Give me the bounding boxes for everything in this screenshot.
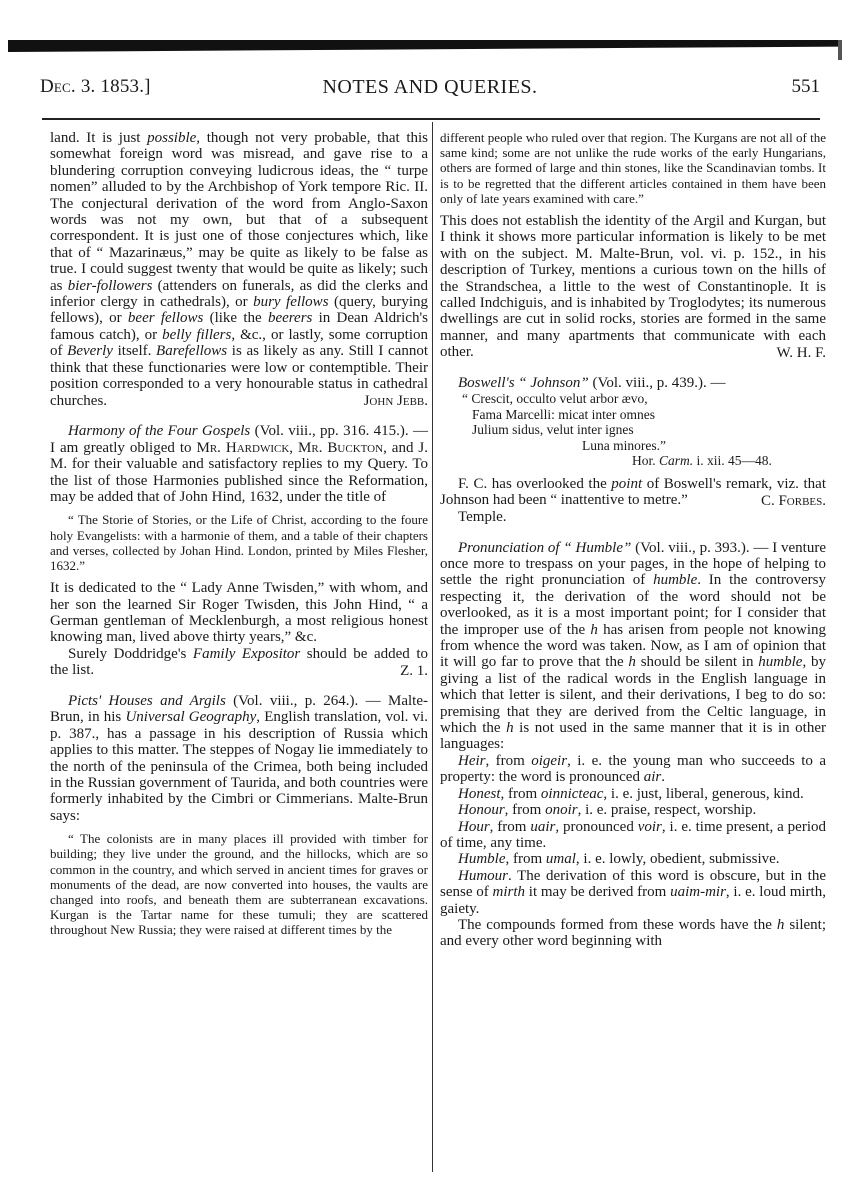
text: , pronounced bbox=[555, 819, 637, 835]
column-divider bbox=[432, 122, 433, 1172]
text: , from bbox=[486, 753, 532, 769]
signature-whf: W. H. F. bbox=[440, 345, 826, 361]
text: , from bbox=[506, 851, 546, 867]
text: , bbox=[289, 440, 298, 456]
text: itself. bbox=[113, 343, 156, 359]
etymology-entry: Heir, from oigeir, i. e. the young man w… bbox=[440, 753, 826, 786]
italic-term: beerers bbox=[268, 310, 312, 326]
italic-term: voir bbox=[638, 819, 662, 835]
italic-term: Beverly bbox=[67, 343, 113, 359]
celtic-root: uair bbox=[530, 819, 555, 835]
scan-top-edge-bar bbox=[8, 40, 840, 52]
verse-line: Luna minores.” bbox=[582, 438, 826, 454]
etymology-entry: Hour, from uair, pronounced voir, i. e. … bbox=[440, 819, 826, 852]
page-number: 551 bbox=[792, 76, 821, 98]
article-title: Boswell's bbox=[458, 375, 515, 391]
celtic-root: umal bbox=[546, 851, 576, 867]
text: The compounds formed from these words ha… bbox=[458, 917, 777, 933]
italic-term: point bbox=[611, 476, 642, 492]
italic-term: humble bbox=[653, 572, 697, 588]
verse-citation: Hor. Carm. i. xii. 45—48. bbox=[632, 453, 826, 469]
scan-edge-mark bbox=[838, 40, 842, 60]
text: , i. e. praise, respect, worship. bbox=[578, 802, 757, 818]
italic-term: Barefellows bbox=[156, 343, 227, 359]
celtic-root: oigeir bbox=[531, 753, 567, 769]
text: , i. e. lowly, obedient, submissive. bbox=[576, 851, 780, 867]
headword: Hour bbox=[458, 819, 490, 835]
picts-conclusion-paragraph: This does not establish the identity of … bbox=[440, 213, 826, 361]
signature-z1: Z. 1. bbox=[50, 663, 428, 679]
text: (like the bbox=[203, 310, 268, 326]
article-title: “ Johnson” bbox=[515, 375, 589, 391]
text: it may be derived from bbox=[525, 884, 670, 900]
text: should be silent in bbox=[636, 654, 758, 670]
picts-article-paragraph: Picts' Houses and Argils (Vol. viii., p.… bbox=[50, 693, 428, 824]
page-header: Dec. 3. 1853.] NOTES AND QUERIES. 551 bbox=[40, 76, 820, 100]
headword: Heir bbox=[458, 753, 486, 769]
italic-term: Carm. bbox=[659, 453, 693, 468]
article-title: Harmony of the Four Gospels bbox=[68, 423, 250, 439]
italic-term: h bbox=[590, 622, 598, 638]
article-title: Pronunciation of bbox=[458, 540, 560, 556]
horace-verse: “ Crescit, occulto velut arbor ævo, Fama… bbox=[462, 391, 826, 469]
headword: Humble bbox=[458, 851, 506, 867]
headword: Honest bbox=[458, 786, 501, 802]
person-name: Mr. Hardwick bbox=[197, 440, 290, 456]
italic-term: bier-followers bbox=[68, 278, 153, 294]
italic-term: possible bbox=[147, 130, 196, 146]
header-rule bbox=[42, 118, 820, 120]
headword: Honour bbox=[458, 802, 505, 818]
etymology-entry: Honest, from oinnicteac, i. e. just, lib… bbox=[440, 786, 826, 802]
article-title: Picts' Houses and Argils bbox=[68, 693, 226, 709]
text: Surely Doddridge's bbox=[68, 646, 193, 662]
verse-line: Julium sidus, velut inter ignes bbox=[472, 422, 826, 438]
italic-term: Family Expositor bbox=[193, 646, 300, 662]
etymology-entry: Honour, from onoir, i. e. praise, respec… bbox=[440, 802, 826, 818]
celtic-root: uaim-mir bbox=[670, 884, 726, 900]
right-column: different people who ruled over that reg… bbox=[440, 130, 826, 950]
harmony-quote: “ The Storie of Stories, or the Life of … bbox=[50, 512, 428, 573]
text: land. It is just bbox=[50, 130, 147, 146]
text: , i. e. just, liberal, generous, kind. bbox=[603, 786, 803, 802]
italic-term: belly fillers bbox=[162, 327, 231, 343]
humble-article-paragraph: Pronunciation of “ Humble” (Vol. viii., … bbox=[440, 540, 826, 753]
italic-term: mirth bbox=[493, 884, 526, 900]
left-column: land. It is just possible, though not ve… bbox=[50, 130, 428, 938]
italic-term: Universal Geography bbox=[125, 709, 256, 725]
verse-line: Fama Marcelli: micat inter omnes bbox=[472, 407, 826, 423]
text: . bbox=[661, 769, 665, 785]
text: (Vol. viii., p. 439.). — bbox=[589, 375, 726, 391]
text: , from bbox=[501, 786, 541, 802]
celtic-root: onoir bbox=[545, 802, 578, 818]
etymology-entry: Humble, from umal, i. e. lowly, obedient… bbox=[440, 851, 826, 867]
person-name: Mr. Buckton bbox=[298, 440, 383, 456]
text: , though not very probable, that this so… bbox=[50, 130, 428, 294]
text: F. C. has overlooked the bbox=[458, 476, 611, 492]
celtic-root: oinnicteac bbox=[541, 786, 603, 802]
harmony-dedication-paragraph: It is dedicated to the “ Lady Anne Twisd… bbox=[50, 580, 428, 646]
text: Hor. bbox=[632, 453, 659, 468]
etymology-entry-humour: Humour. The derivation of this word is o… bbox=[440, 868, 826, 917]
article-title: “ Humble” bbox=[560, 540, 632, 556]
headword: Humour bbox=[458, 868, 508, 884]
jebb-article-paragraph: land. It is just possible, though not ve… bbox=[50, 130, 428, 409]
italic-term: bury fellows bbox=[253, 294, 328, 310]
italic-term: beer fellows bbox=[128, 310, 203, 326]
picts-quote-continued: different people who ruled over that reg… bbox=[440, 130, 826, 206]
italic-term: air bbox=[644, 769, 662, 785]
publication-title: NOTES AND QUERIES. bbox=[40, 76, 820, 99]
signature-place: Temple. bbox=[440, 509, 826, 525]
italic-term: humble bbox=[758, 654, 802, 670]
picts-quote: “ The colonists are in many places ill p… bbox=[50, 831, 428, 937]
verse-line: “ Crescit, occulto velut arbor ævo, bbox=[462, 391, 826, 407]
italic-term: h bbox=[506, 720, 514, 736]
text: , English translation, vol. vi. p. 387.,… bbox=[50, 709, 428, 823]
text: , from bbox=[490, 819, 531, 835]
boswell-article-heading: Boswell's “ Johnson” (Vol. viii., p. 439… bbox=[440, 375, 826, 391]
italic-term: h bbox=[628, 654, 636, 670]
text: , from bbox=[505, 802, 545, 818]
humble-closing-paragraph: The compounds formed from these words ha… bbox=[440, 917, 826, 950]
text: i. xii. 45—48. bbox=[693, 453, 772, 468]
harmony-article-paragraph: Harmony of the Four Gospels (Vol. viii.,… bbox=[50, 423, 428, 505]
